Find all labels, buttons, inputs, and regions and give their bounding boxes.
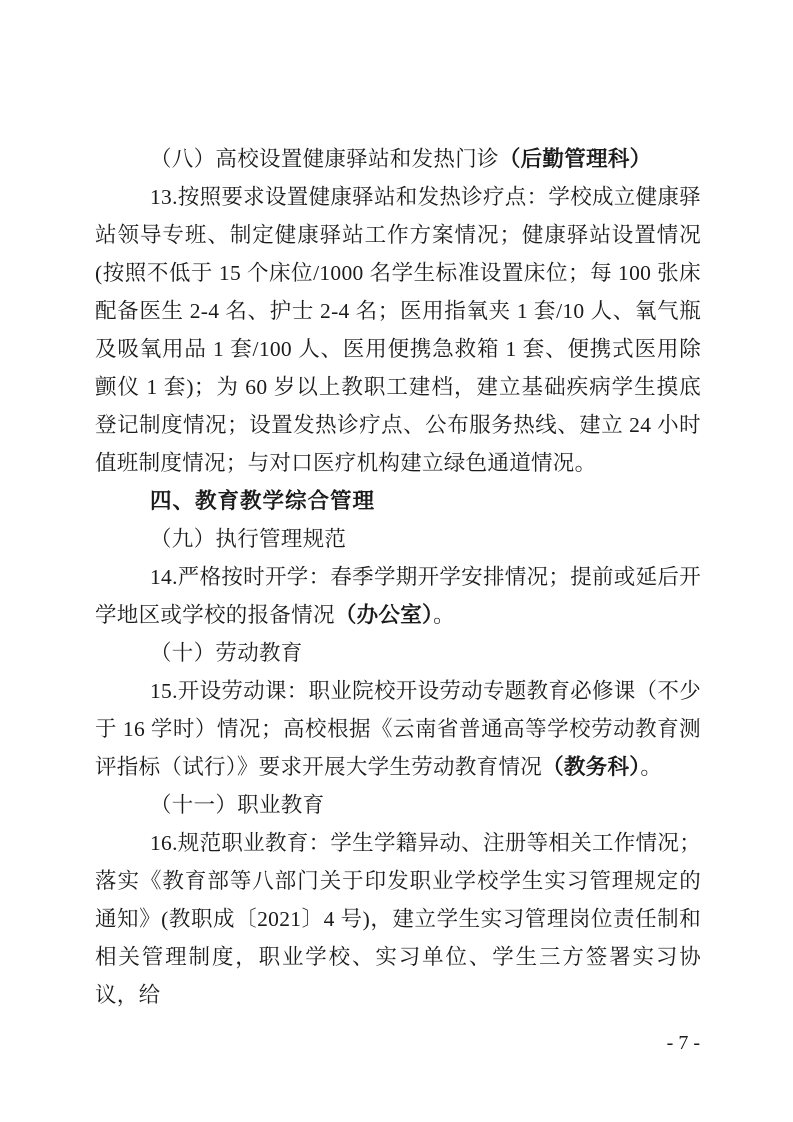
section-heading: 四、教育教学综合管理: [95, 482, 701, 520]
text-segment: 。: [640, 755, 662, 779]
paragraph: 14.严格按时开学：春季学期开学安排情况；提前或延后开学地区或学校的报备情况（办…: [95, 558, 701, 634]
text-segment: 16.规范职业教育：学生学籍异动、注册等相关工作情况；落实《教育部等八部门关于印…: [95, 831, 701, 1007]
paragraph: 16.规范职业教育：学生学籍异动、注册等相关工作情况；落实《教育部等八部门关于印…: [95, 824, 701, 1014]
text-segment: 13.按照要求设置健康驿站和发热诊疗点：学校成立健康驿站领导专班、制定健康驿站工…: [95, 185, 701, 475]
text-segment: （十）劳动教育: [150, 641, 303, 665]
text-segment: （后勤管理科）: [499, 147, 652, 171]
document-page: （八）高校设置健康驿站和发热门诊（后勤管理科）13.按照要求设置健康驿站和发热诊…: [0, 0, 793, 1122]
document-body: （八）高校设置健康驿站和发热门诊（后勤管理科）13.按照要求设置健康驿站和发热诊…: [95, 140, 701, 1014]
text-segment: （办公室）: [335, 603, 433, 627]
text-segment: （十一）职业教育: [150, 793, 324, 817]
sub-heading: （十一）职业教育: [95, 786, 701, 824]
text-segment: 。: [433, 603, 455, 627]
text-segment: （九）执行管理规范: [150, 527, 346, 551]
sub-heading: （十）劳动教育: [95, 634, 701, 672]
paragraph: 15.开设劳动课：职业院校开设劳动专题教育必修课（不少于 16 学时）情况；高校…: [95, 672, 701, 786]
sub-heading: （八）高校设置健康驿站和发热门诊（后勤管理科）: [95, 140, 701, 178]
sub-heading: （九）执行管理规范: [95, 520, 701, 558]
paragraph: 13.按照要求设置健康驿站和发热诊疗点：学校成立健康驿站领导专班、制定健康驿站工…: [95, 178, 701, 482]
text-segment: （教务科）: [542, 755, 640, 779]
text-segment: （八）高校设置健康驿站和发热门诊: [150, 147, 499, 171]
page-number: - 7 -: [0, 1028, 700, 1058]
text-segment: 四、教育教学综合管理: [150, 489, 375, 513]
